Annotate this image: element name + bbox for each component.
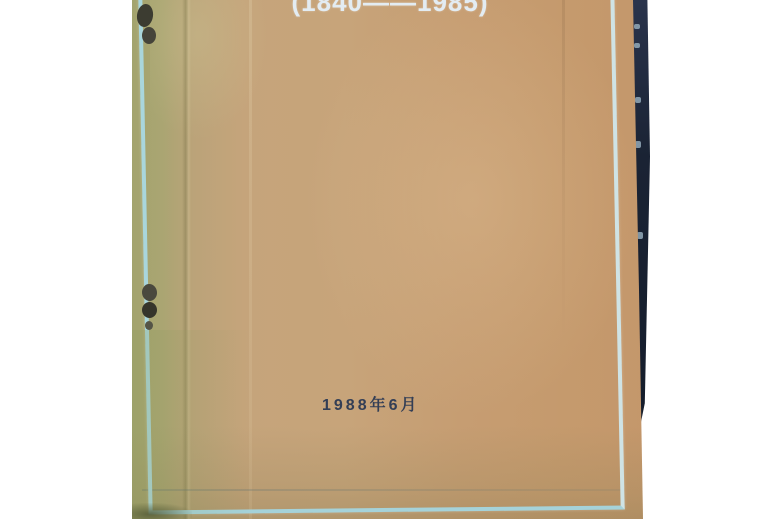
publication-date: 1988年6月 xyxy=(322,392,420,415)
binding-staple-middle xyxy=(145,321,153,330)
binding-staple-top xyxy=(142,27,156,44)
page-edge-mark xyxy=(635,97,641,103)
page-edge-mark xyxy=(634,43,640,48)
book-photo: (1840——1985) 1988年6月 xyxy=(132,0,650,519)
title-year-range: (1840——1985) xyxy=(132,0,648,15)
photo-canvas: (1840——1985) 1988年6月 xyxy=(0,0,778,519)
book-cover: (1840——1985) 1988年6月 xyxy=(132,0,650,519)
cover-frame-line xyxy=(138,0,625,514)
page-edge-mark xyxy=(634,24,640,29)
binding-staple-middle xyxy=(142,302,157,318)
spine-shadow-smudge xyxy=(132,503,192,519)
